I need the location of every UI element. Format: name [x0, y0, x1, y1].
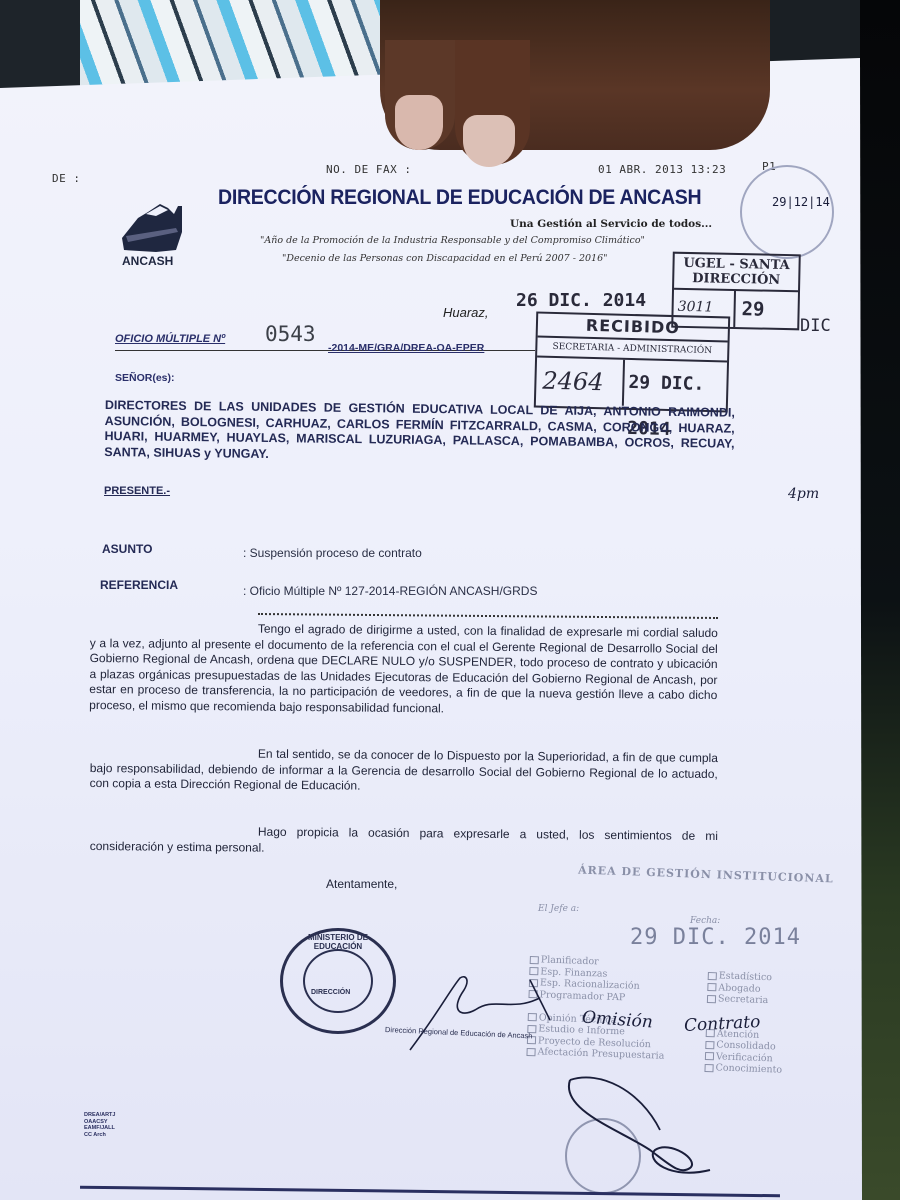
body-paragraph-1: Tengo el agrado de dirigirme a usted, co… — [89, 620, 718, 719]
salutation: SEÑOR(es): — [115, 372, 175, 384]
year-slogan: "Año de la Promoción de la Industria Res… — [260, 235, 645, 246]
fingernail — [463, 115, 515, 167]
jefe-label: El Jefe a: — [538, 904, 579, 914]
svg-text:ANCASH: ANCASH — [122, 254, 173, 268]
ugel-date-day: 29 — [735, 291, 798, 328]
asunto-label: ASUNTO — [102, 542, 152, 556]
fecha-value: 29 DIC. 2014 — [630, 925, 801, 950]
fax-from-label: DE : — [52, 172, 81, 185]
presente: PRESENTE.- — [104, 485, 170, 497]
background-right — [860, 0, 900, 1200]
closing: Atentamente, — [326, 877, 397, 891]
addressee: DIRECTORES DE LAS UNIDADES DE GESTIÓN ED… — [104, 398, 735, 468]
oficio-number: 0543 — [265, 322, 316, 346]
asunto-value: : Suspensión proceso de contrato — [243, 546, 422, 560]
body-paragraph-3: Hago propicia la ocasión para expresarle… — [90, 823, 718, 860]
city: Huaraz, — [443, 305, 489, 320]
footer-references: DREA/ARTJ OAACSY EAMF/JALL CC Arch — [84, 1112, 115, 1138]
ugel-date-month: DIC — [800, 316, 831, 336]
recibido-date: 29 DIC. 2014 — [624, 360, 727, 409]
referencia-label: REFERENCIA — [100, 578, 178, 592]
letterhead-motto: Una Gestión al Servicio de todos... — [510, 218, 712, 230]
handwritten-note-contrato: Contrato — [684, 1012, 761, 1036]
recibido-stamp: RECIBIDO SECRETARIA - ADMINISTRACIÓN 246… — [534, 311, 730, 412]
signature-icon — [560, 1070, 730, 1190]
letterhead-title: DIRECCIÓN REGIONAL DE EDUCACIÓN DE ANCAS… — [218, 186, 701, 210]
fingernail — [395, 95, 443, 150]
letter-date-stamp: 26 DIC. 2014 — [516, 290, 646, 311]
decade-slogan: "Decenio de las Personas con Discapacida… — [282, 253, 608, 264]
oficio-code: -2014-ME/GRA/DREA-OA-EPER — [328, 342, 484, 354]
ugel-stamp-subtitle: DIRECCIÓN — [674, 271, 798, 289]
area-gestion-round-stamp — [740, 165, 834, 259]
signature-icon — [380, 970, 580, 1060]
handwritten-margin-note: 4pm — [788, 486, 819, 502]
recibido-reg-number: 2464 — [536, 358, 625, 406]
fax-number-label: NO. DE FAX : — [326, 163, 411, 176]
round-stamp-date: 29|12|14 — [772, 195, 830, 209]
ministry-seal: MINISTERIO DE EDUCACIÓN DIRECCIÓN — [280, 928, 396, 1034]
fax-datetime: 01 ABR. 2013 13:23 — [598, 163, 726, 176]
ancash-logo-icon: ANCASH — [116, 192, 202, 268]
referencia-value: : Oficio Múltiple Nº 127-2014-REGIÓN ANC… — [243, 584, 537, 598]
body-paragraph-2: En tal sentido, se da conocer de lo Disp… — [90, 745, 718, 798]
oficio-label: OFICIO MÚLTIPLE Nº — [115, 333, 225, 345]
